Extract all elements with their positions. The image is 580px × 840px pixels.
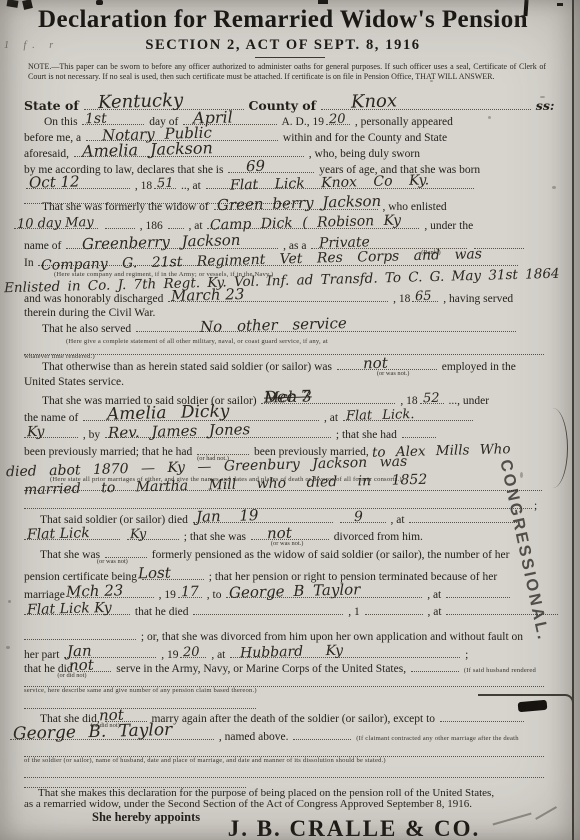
certificate-value: Lost	[138, 564, 171, 583]
discharge-date-blank: March 23	[168, 291, 388, 302]
printed-text: serve in the Army, Navy, or Marine Corps…	[116, 663, 406, 675]
marriage-year-value: 52	[422, 391, 439, 406]
printed-text: , who, being duly sworn	[309, 148, 420, 160]
form-line: service, here describe same and give num…	[24, 683, 548, 695]
county-label: County of	[248, 98, 316, 113]
form-line: of the soldier (or sailor), name of husb…	[24, 753, 548, 765]
divorced-blank: not(or was not.)	[251, 529, 329, 540]
scan-speck	[540, 96, 545, 98]
birthdate-blank: Oct 12	[26, 178, 130, 189]
death-place2-value: Ky	[130, 527, 147, 542]
printed-text: divorced from him.	[334, 531, 423, 543]
form-line: her part Jan , 1920 , at Hubbard Ky ;	[24, 647, 548, 661]
printed-text: ;	[465, 649, 468, 661]
dotted-blank	[193, 604, 343, 615]
dotted-blank	[168, 218, 184, 229]
printed-text: , at	[427, 589, 441, 601]
dotted-blank	[409, 512, 517, 523]
state-value: Kentucky	[97, 90, 183, 113]
day-value: 1st	[85, 111, 107, 128]
claimant-name: Amelia Jackson	[82, 138, 213, 160]
second-husband-value: George B Taylor	[229, 580, 361, 601]
maiden-name-blank: Amelia Dicky	[83, 410, 319, 421]
note-paragraph: NOTE.—This paper can be sworn to before …	[28, 62, 546, 81]
printed-text: , at	[211, 649, 225, 661]
printed-text: as a remarried widow, under the Second S…	[24, 798, 472, 810]
printed-text: , named above.	[219, 731, 289, 743]
printed-text: aforesaid,	[24, 148, 69, 160]
form-line: That she was married to said soldier (or…	[24, 393, 548, 407]
printed-text: , 19	[161, 649, 178, 661]
dotted-blank	[365, 604, 423, 615]
birthyear-value: 51	[157, 176, 174, 191]
printed-text: , who enlisted	[382, 201, 446, 213]
divorce-year-blank: 20	[180, 647, 206, 658]
other-service-value: No other service	[200, 314, 347, 336]
printed-text: .., at	[181, 180, 201, 192]
employed-blank: not(or was not.)	[337, 359, 437, 370]
printed-text: , under the	[424, 220, 473, 232]
printed-text: , 18	[393, 293, 410, 305]
scan-edge-strip	[574, 0, 580, 840]
claimant-blank: Amelia Jackson	[74, 146, 304, 157]
dotted-blank	[24, 629, 136, 640]
dotted-blank	[24, 698, 256, 709]
printed-text: the name of	[24, 412, 78, 424]
form-line: That she was formerly the widow of Green…	[24, 199, 548, 213]
form-line: 10 day May , 186 , at Camp Dick ( Robiso…	[24, 218, 548, 232]
ss-label: ss:	[536, 98, 555, 113]
form-line: and was honorably discharged March 23 , …	[24, 291, 548, 305]
printed-text: ;	[534, 500, 537, 512]
printed-text: , at	[189, 220, 203, 232]
form-line: that he did not(or did not) serve in the…	[24, 661, 548, 675]
day-blank: 1st	[82, 114, 144, 125]
or-was-not-note: (or was not)	[97, 558, 128, 565]
printed-text: employed in the	[442, 361, 516, 373]
form-line: Oct 12 , 1851 .., at Flat Lick Knox Co K…	[24, 178, 548, 192]
form-line: the name of Amelia Dicky , at Flat Lick.	[24, 410, 548, 424]
form-line: ; or, that she was divorced from him upo…	[24, 629, 548, 643]
death-place2-blank: Ky	[127, 529, 179, 540]
torn-edge-mark	[96, 0, 103, 5]
death-place-value: Flat Lick	[27, 525, 90, 543]
divorce-place-blank: Hubbard Ky	[230, 647, 460, 658]
remarriage-place-value: Flat Lick Ky	[27, 600, 112, 618]
document-title: Declaration for Remarried Widow's Pensio…	[0, 6, 566, 34]
printed-text: United States service.	[24, 376, 124, 388]
heading-rule	[255, 57, 325, 58]
scan-speck	[6, 646, 10, 649]
pencil-annotation: 1 f. r	[4, 40, 59, 51]
form-line: Flat Lick Ky ; that she was not(or was n…	[24, 529, 548, 543]
printed-text: On this	[44, 116, 78, 128]
state-label: State of	[24, 98, 79, 113]
printed-text: name of	[24, 240, 61, 252]
printed-text: ..., under	[448, 395, 489, 407]
was-pensioned-blank: (or was not)	[105, 547, 147, 558]
death-year-blank: 9	[340, 512, 386, 523]
printed-text: A. D., 19	[281, 116, 324, 128]
printed-text: marry again after the death of the soldi…	[151, 713, 435, 725]
paper-edge-bracket	[552, 408, 568, 488]
attorney-firm-name: J. B. CRALLE & CO.	[228, 816, 481, 840]
age-value: 69	[246, 157, 266, 175]
remarriage-year-blank: 17	[178, 587, 202, 598]
divorce-year-value: 20	[183, 645, 200, 660]
printed-text: , at	[324, 412, 338, 424]
document-section-heading: SECTION 2, ACT OF SEPT. 8, 1916	[0, 37, 566, 54]
death-year-mark: 9	[353, 509, 362, 525]
county-blank: Knox	[321, 99, 531, 110]
printed-text: ; or, that she was divorced from him upo…	[141, 631, 523, 643]
minister-value: Rev. James Jones	[108, 420, 251, 442]
printed-text: , at	[391, 514, 405, 526]
soldier-name-value: Greenberry Jackson	[82, 231, 241, 253]
printed-text: ; that she had	[336, 429, 397, 441]
marriage-year-blank: 52	[420, 393, 444, 404]
printed-text: That she was	[40, 549, 100, 561]
birthplace-blank: Flat Lick Knox Co Ky.	[206, 178, 474, 189]
dotted-blank	[402, 427, 436, 438]
discharge-year-value: 65	[415, 289, 432, 304]
soldier-name: Green berry Jackson	[216, 192, 381, 214]
husband-served-blank: not(or did not)	[77, 661, 111, 672]
dotted-blank	[24, 498, 532, 509]
form-line: ;	[24, 498, 548, 512]
scan-speck	[430, 80, 433, 82]
scan-speck	[552, 186, 556, 189]
form-line: Ky , by Rev. James Jones ; that she had	[24, 427, 548, 441]
certificate-blank: Lost	[142, 569, 204, 580]
printed-text: her part	[24, 649, 59, 661]
printed-text: , 186	[140, 220, 163, 232]
printed-text: That otherwise than as herein stated sai…	[42, 361, 332, 373]
age-blank: 69	[228, 162, 314, 173]
printed-text: , 18	[135, 180, 152, 192]
printed-text: That said soldier (or sailor) died	[40, 514, 188, 526]
printed-text: been previously married; that he had	[24, 446, 192, 458]
form-line: That she was (or was not) formerly pensi…	[24, 547, 548, 561]
remarry-husband-value: George B. Taylor	[13, 720, 173, 744]
prior-marriage-blank: married to Martha Mill who died in 1852	[24, 480, 542, 491]
form-line: That he also served No other service	[24, 321, 548, 335]
form-line: Flat Lick Ky that he died , 1 , at	[24, 604, 548, 618]
company-blank: Company G. 21st Regiment Vet Res Corps a…	[38, 255, 518, 266]
form-line: aforesaid, Amelia Jackson , who, being d…	[24, 146, 548, 160]
form-line: by me according to law, declares that sh…	[24, 162, 548, 176]
remarriage-date-blank: Mch 23	[70, 587, 154, 598]
birthyear-blank: 51	[154, 178, 176, 189]
marriage-date-corrected: Dec 7	[264, 386, 311, 406]
had-not-blank: (or had not.)	[197, 444, 249, 455]
marriage-place-blank: Flat Lick.	[343, 410, 473, 421]
remarry-husband-blank: George B. Taylor	[10, 729, 214, 740]
dotted-blank	[411, 661, 459, 672]
or-was-not-note: (or was not.)	[271, 540, 303, 547]
husband-service-small-print: (If said husband rendered	[464, 667, 536, 674]
torn-edge-mark	[318, 0, 328, 4]
scan-speck	[8, 600, 11, 603]
soldier-name-blank: Greenberry Jackson	[66, 238, 278, 249]
enlist-place-blank: Camp Dick ( Robison Ky	[207, 218, 419, 229]
minister-blank: Rev. James Jones	[105, 427, 331, 438]
printed-text: , at	[428, 606, 442, 618]
printed-text: within and for the County and State	[283, 132, 447, 144]
dotted-blank	[446, 587, 510, 598]
form-line: That otherwise than as herein stated sai…	[24, 359, 548, 373]
remarriage-date-value: Mch 23	[66, 581, 124, 600]
discharge-date-value: March 23	[171, 285, 245, 305]
birthdate-value: Oct 12	[29, 172, 80, 191]
printed-text: therein during the Civil War.	[24, 307, 155, 319]
year-value: 20	[329, 112, 346, 127]
printed-text: , having served	[443, 293, 513, 305]
husband-service-small-print2: service, here describe same and give num…	[24, 687, 257, 694]
scanned-pension-declaration-document: Declaration for Remarried Widow's Pensio…	[0, 0, 580, 840]
form-line: married to Martha Mill who died in 1852	[24, 480, 548, 494]
printed-text: that he died	[135, 606, 189, 618]
printed-text: , by	[83, 429, 100, 441]
enlist-date-blank: 10 day May	[14, 218, 98, 229]
divorce-place-value: Hubbard Ky	[240, 643, 343, 662]
second-husband-blank: George B Taylor	[226, 587, 422, 598]
marriage-place2-blank: Ky	[24, 427, 78, 438]
remarriage-place-blank: Flat Lick Ky	[24, 604, 130, 615]
scan-speck	[488, 116, 491, 119]
printed-text: ; that she was	[184, 531, 246, 543]
form-line: marriage Mch 23 , 1917 , to George B Tay…	[24, 587, 548, 601]
printed-text: formerly pensioned as the widow of said …	[152, 549, 510, 561]
marriage-date-blank: Mch 3Dec 7	[261, 393, 395, 404]
scan-speck	[520, 472, 523, 478]
printed-text: That she was formerly the widow of	[42, 201, 209, 213]
remarriage-year-value: 17	[181, 584, 199, 600]
remarry-small-print2: of the soldier (or sailor), name of husb…	[24, 757, 386, 764]
other-service-blank: No other service	[136, 321, 516, 332]
county-value: Knox	[351, 90, 398, 112]
printed-text: and was honorably discharged	[24, 293, 163, 305]
dotted-blank	[105, 218, 135, 229]
year-blank: 20	[326, 114, 350, 125]
death-date-blank: Jan 19	[193, 512, 333, 523]
form-line: Enlisted in Co. J. 7th Regt. Ky. Vol. In…	[24, 273, 548, 289]
discharge-year-blank: 65	[412, 291, 438, 302]
printed-text: , personally appeared	[355, 116, 453, 128]
printed-text: , 18	[400, 395, 417, 407]
printed-text: , to	[207, 589, 222, 601]
death-date-value: Jan 19	[196, 506, 259, 526]
enlist-date-value: 10 day May	[17, 215, 94, 232]
printed-text: , 19	[159, 589, 176, 601]
death-place-blank: Flat Lick	[24, 529, 120, 540]
soldier-blank: Green berry Jackson	[214, 199, 378, 210]
marriage-place2-value: Ky	[27, 424, 45, 440]
form-line: George B. Taylor , named above. (If clai…	[24, 729, 548, 743]
printed-text: before me, a	[24, 132, 81, 144]
printed-text: marriage	[24, 589, 65, 601]
marriage-place-value: Flat Lick.	[346, 407, 415, 424]
printed-text: , 1	[348, 606, 360, 618]
form-line: as a remarried widow, under the Second S…	[24, 798, 548, 810]
dotted-blank	[293, 729, 351, 740]
